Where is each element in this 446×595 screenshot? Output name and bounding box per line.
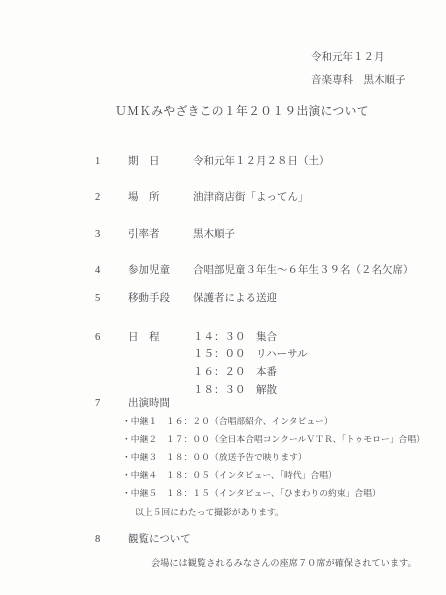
seating-note: 会場には観覧されるみなさんの座席７０席が確保されています。 — [151, 556, 417, 570]
item-value: 合唱部児童３年生～６年生３９名（２名欠席） — [193, 264, 414, 278]
item-value: 令和元年１２月２８日（土） — [193, 155, 330, 169]
item-value: 黒木順子 — [193, 228, 235, 242]
item-row-2: 2 場 所 油津商店街「よってん」 — [0, 191, 446, 205]
note-line: 以上５回にわたって撮影があります。 — [135, 505, 284, 519]
item-number: 5 — [95, 292, 100, 306]
item-label: 参加児童 — [128, 264, 170, 278]
item-label: 日 程 — [128, 331, 160, 345]
schedule-line: １８：３０ 解散 — [193, 384, 277, 398]
broadcast-line: ・中継２ １７：００（全日本合唱コンクールＶＴＲ、「トゥモロー」合唱） — [122, 432, 425, 446]
doc-author: 音楽専科 黒木順子 — [311, 74, 406, 88]
schedule-line: １４：３０ 集合 — [193, 331, 277, 345]
item-number: 6 — [95, 331, 100, 345]
broadcast-line: ・中継４ １８：０５（インタビュー、「時代」合唱） — [122, 468, 337, 482]
document-page: 令和元年１２月 音楽専科 黒木順子 ＵＭＫみやざきこの１年２０１９出演について … — [0, 0, 446, 595]
item-label: 期 日 — [128, 155, 160, 169]
broadcast-line: ・中継５ １８：１５（インタビュー、「ひまわりの約束」合唱） — [122, 486, 381, 500]
item-label: 移動手段 — [128, 292, 170, 306]
item-number: 7 — [95, 397, 100, 411]
item-number: 3 — [95, 228, 100, 242]
item-value: 油津商店街「よってん」 — [193, 191, 309, 205]
item-row-4: 4 参加児童 合唱部児童３年生～６年生３９名（２名欠席） — [0, 264, 446, 278]
item-row-7: 7 出演時間 — [0, 397, 446, 411]
item-row-3: 3 引率者 黒木順子 — [0, 228, 446, 242]
item-number: 2 — [95, 191, 100, 205]
schedule-line: １５：００ リハーサル — [193, 348, 308, 362]
item-label: 場 所 — [128, 191, 160, 205]
item-row-6: 6 日 程 １４：３０ 集合 — [0, 331, 446, 345]
schedule-line: １６：２０ 本番 — [193, 366, 277, 380]
doc-title: ＵＭＫみやざきこの１年２０１９出演について — [115, 104, 369, 118]
broadcast-line: ・中継１ １６：２０（合唱部紹介、インタビュー） — [122, 414, 333, 428]
item-number: 1 — [95, 155, 100, 169]
item-row-1: 1 期 日 令和元年１２月２８日（土） — [0, 155, 446, 169]
item-row-5: 5 移動手段 保護者による送迎 — [0, 292, 446, 306]
item-label: 出演時間 — [128, 397, 170, 411]
item-label: 観覧について — [128, 533, 191, 547]
item-label: 引率者 — [128, 228, 160, 242]
doc-date: 令和元年１２月 — [311, 51, 385, 65]
item-row-8: 8 観覧について — [0, 533, 446, 547]
item-number: 4 — [95, 264, 100, 278]
item-number: 8 — [95, 533, 100, 547]
broadcast-line: ・中継３ １８：００（放送予告で映ります） — [122, 450, 307, 464]
item-value: 保護者による送迎 — [193, 292, 277, 306]
